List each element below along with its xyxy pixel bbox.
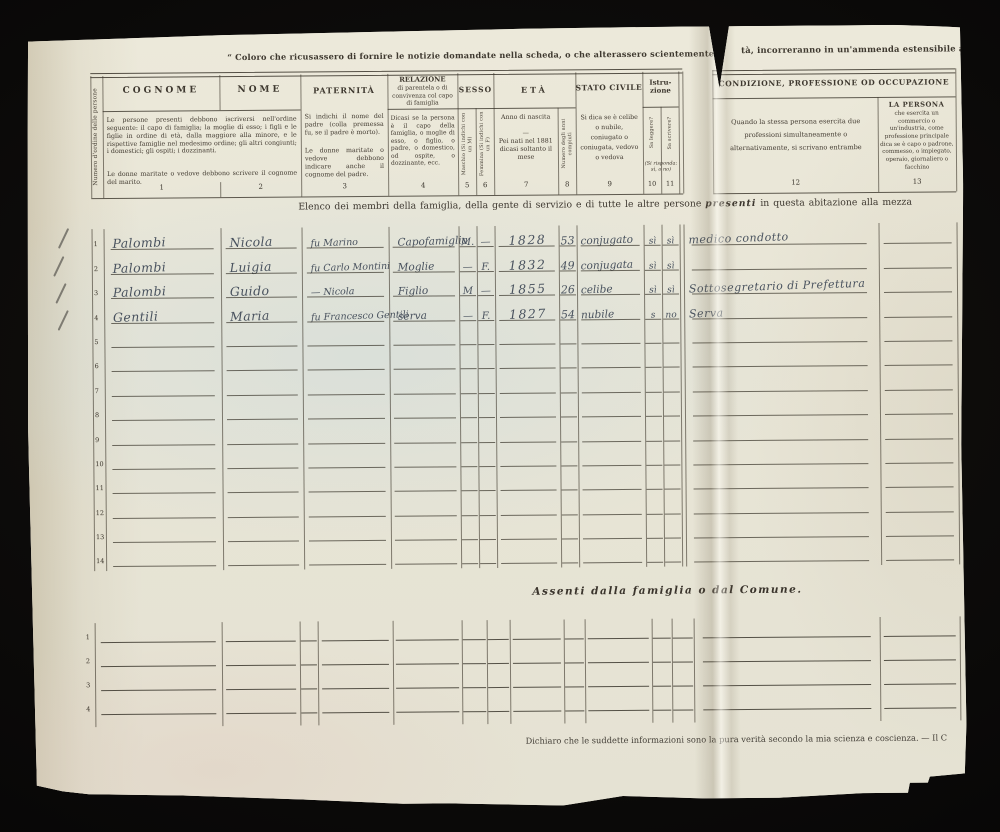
assenti-table: 1 2 [95,616,961,727]
assenti-row-number: 2 [86,657,90,665]
cell-relazione [390,470,460,495]
relazione-value: Moglie [397,260,434,273]
cell-anno-nascita: 1827 [495,299,559,324]
istruzione-note: (Si risponda: sì, o no) [643,161,679,174]
cell-cognome: Palombi [104,228,221,253]
anno-nascita-label: Anno di nascita [496,114,556,122]
sesso-f-value: F. [477,310,495,322]
sesso-f-value [478,443,496,444]
cell-persona [880,393,958,418]
assenti-cell [880,664,960,689]
cell-cognome: Palombi [104,277,221,302]
cell-relazione [391,543,461,568]
assenti-cell [300,669,318,693]
nome-value: Nicola [229,234,273,250]
assenti-cell [318,645,393,670]
cognome-value: Palombi [113,283,167,300]
eta-header: ETÀ [493,84,575,95]
sesso-m-value [460,370,478,371]
cell-sesso-f [478,446,496,471]
cell-anni-compiuti: 49 [559,250,577,275]
col-number-13: 13 [878,177,956,186]
assenti-cell [585,667,652,692]
sesso-f-value [477,346,495,347]
cell-stato-civile [578,444,645,469]
anno-value: 1828 [508,232,546,248]
pencil-tick [58,228,69,249]
cell-sa-scrivere: no [662,298,680,323]
cell-sa-leggere [646,517,664,542]
rule [955,68,957,191]
cell-sa-scrivere [663,420,681,445]
cell-relazione: Capofamiglia [389,226,459,251]
pencil-tick [53,256,64,277]
cell-sa-scrivere [662,322,680,347]
census-form-sheet: “ Coloro che ricusassero di fornire le n… [23,24,969,809]
paternita-note-1: Si indichi il nome del padre (colla prem… [305,113,384,137]
cell-paternita [302,324,389,349]
cell-nome [223,496,304,521]
cell-anni-compiuti [560,396,578,421]
assenti-cell [95,694,222,719]
relazione-value: serva [398,309,427,322]
assenti-cell [652,691,672,715]
cell-persona [881,515,959,540]
anni-value [561,540,579,541]
sesso-m-value [460,443,478,444]
assenti-cell [510,667,564,691]
cell-persona [880,369,958,394]
legge-value [646,564,664,565]
cell-paternita [304,495,391,520]
cell-sesso-m [460,421,478,446]
stato-value: conjugata [580,258,633,272]
cell-nome [221,349,302,374]
assenti-cell [222,622,300,647]
cell-sesso-m [459,324,477,349]
assenti-cell [652,619,672,643]
row-number: 14 [96,558,104,566]
assenti-cell [300,645,318,669]
cell-anno-nascita [495,347,559,372]
cell-sa-scrivere [663,371,681,396]
cell-sa-leggere: sì [644,273,662,298]
assenti-cell [672,690,694,714]
scrive-value [663,417,681,418]
cell-nome [222,374,303,399]
stato-civile-header: STATO CIVILE [575,83,642,93]
cell-sesso-m [460,397,478,422]
cell-anni-compiuti [559,347,577,372]
col-number-4: 4 [388,181,458,190]
assenti-cell [652,643,672,667]
cell-sa-leggere: sì [643,225,661,250]
cell-persona [880,442,958,467]
cell-persona [881,539,959,564]
assenti-cell [462,644,487,668]
sesso-f-value: — [476,237,494,249]
sa-leggere-cell: Sa leggere? [643,109,661,157]
paternita-value: fu Carlo Montini [311,261,391,275]
sesso-f-value [479,516,497,517]
nome-value: Maria [230,307,270,323]
cell-nome [223,545,304,570]
cell-sesso-f [478,397,496,422]
cell-sa-leggere [645,371,663,396]
cognome-value: Gentili [113,308,159,324]
sesso-m-value [461,541,479,542]
cell-numero: 5 [92,327,104,351]
anni-value [561,564,579,565]
sesso-m-value [461,516,479,517]
legge-value: sì [644,285,662,296]
cell-sesso-m [460,372,478,397]
sesso-m-value [459,346,477,347]
cell-paternita: fu Marino [302,227,389,252]
legge-value: sì [643,237,661,248]
cell-cognome [106,521,223,546]
cell-paternita [303,373,390,398]
sesso-maschio-cell: Maschio (Si indichi con un M) [458,110,477,178]
sesso-f-value [479,541,497,542]
cell-numero: 14 [94,546,106,570]
sesso-f-value [479,492,497,493]
cell-nome: Luigia [221,252,302,277]
row-number: 4 [94,314,98,322]
scan-background: “ Coloro che ricusassero di fornire le n… [0,0,1000,832]
cell-persona [879,320,957,345]
assenti-cell [462,620,487,644]
cell-persona [878,222,956,247]
assenti-cell [510,691,564,715]
cell-paternita [303,446,390,471]
stato-civile-note: Si dica se è celibe o nubile, coniugato … [580,113,639,164]
anni-value [560,418,578,419]
istruzione-header: Istru- zione [642,79,678,96]
assenti-cell [510,643,564,667]
legge-value [644,344,662,345]
cell-anno-nascita [496,421,560,446]
legge-value [646,491,664,492]
sesso-femmina-cell: Femmina (Si indichi con un F) [476,110,495,178]
assenti-cell [462,692,487,716]
penalty-notice-right: tà, incorreranno in un'ammenda estensibi… [741,43,979,55]
cell-sesso-f [479,543,497,568]
assenti-cell [880,640,960,665]
cell-numero: 12 [94,497,106,521]
sesso-m-value: — [459,261,477,273]
scrive-value: sì [662,261,680,272]
cell-sesso-f [478,421,496,446]
assenti-cell [487,668,510,692]
istruzione-title-2: zione [650,86,671,95]
sesso-m-value [461,565,479,566]
cell-nome [222,423,303,448]
assenti-cell [585,691,652,716]
cell-sa-scrivere [664,542,682,567]
anni-value [560,394,578,395]
col-number-10: 10 [643,180,661,188]
sesso-f-value [478,370,496,371]
anni-value: 54 [559,307,577,321]
anni-value [560,369,578,370]
stato-value: nubile [581,308,615,321]
sesso-femmina-label: Femmina (Si indichi con un F) [478,110,491,178]
cell-sesso-m: — [459,251,477,276]
cell-anni-compiuti [560,445,578,470]
cell-anno-nascita: 1855 [495,274,559,299]
sesso-f-value: F. [477,261,495,273]
cell-cognome [105,472,222,497]
cell-sesso-m [461,543,479,568]
cell-sa-scrivere: sì [662,273,680,298]
cell-relazione: serva [389,299,459,324]
scrive-value [664,490,682,491]
cell-nome [222,398,303,423]
cell-anno-nascita [497,543,561,568]
cell-relazione [389,324,459,349]
cell-sesso-m [459,348,477,373]
cell-sa-leggere [646,542,664,567]
col-number-1: 1 [103,183,220,192]
cell-relazione: Moglie [389,251,459,276]
cell-anni-compiuti: 53 [558,225,576,250]
cell-nome [222,447,303,472]
assenti-cell [318,693,393,718]
legge-value [646,539,664,540]
anni-compiuti-cell: Numero degli anni compiuti [558,109,577,177]
cell-relazione [391,519,461,544]
paternita-value: fu Marino [310,237,358,250]
cognome-value: Palombi [112,235,166,252]
cell-paternita [303,422,390,447]
anno-value: 1827 [509,305,547,321]
cell-anni-compiuti [560,420,578,445]
cell-nome: Nicola [221,228,302,253]
cell-cognome [105,448,222,473]
cell-sa-scrivere [663,444,681,469]
assenti-cell [487,644,510,668]
cell-sa-scrivere [664,493,682,518]
cell-paternita [302,349,389,374]
cell-sa-leggere [645,395,663,420]
cell-persona [880,417,958,442]
anno-nascita-note: Pei nati nel 1881 dicasi soltanto il mes… [498,138,554,162]
assenti-cell [300,621,318,645]
sa-scrivere-label: Sa scrivere? [666,116,673,149]
sesso-m-value [460,468,478,469]
cell-sesso-f [477,348,495,373]
cell-cognome [105,399,222,424]
pencil-tick [58,310,69,331]
assenti-cell [510,619,564,643]
header-top-rule-right [712,68,955,75]
sesso-m-value [460,419,478,420]
paternita-value: — Nicola [311,286,355,298]
row-number: 12 [96,509,104,517]
anni-value: 49 [558,259,576,273]
col-number-3: 3 [301,182,388,191]
cell-sesso-f [478,372,496,397]
header-top-rule-left [90,69,682,79]
cell-persona [879,247,957,272]
nome-header: NOME [219,85,300,96]
cell-stato-civile: nubile [577,298,644,323]
cell-numero: 2 [92,253,104,277]
cell-sa-leggere [645,420,663,445]
assenti-cell [652,667,672,691]
assenti-row-number: 1 [86,633,90,641]
cell-anni-compiuti [560,372,578,397]
sa-scrivere-cell: Sa scrivere? [661,109,679,157]
assenti-cell [393,620,462,645]
numero-ordine-column: Numero d'ordine delle persone [90,76,103,198]
cell-numero: 11 [93,473,105,497]
scrive-value: sì [661,237,679,248]
family-members-table: 1 Palombi Nicola fu Marino Capofamiglia … [92,222,960,571]
cell-persona [879,271,957,296]
col-number-6: 6 [476,181,494,189]
assenti-cell [487,620,510,644]
cell-relazione [390,373,460,398]
sesso-m-value: M [459,286,477,298]
col-number-12: 12 [713,178,878,187]
col-number-9: 9 [576,180,643,189]
cell-cognome [105,374,222,399]
pencil-tick [55,283,66,304]
cell-numero: 3 [92,278,104,302]
relazione-value: Figlio [398,285,429,298]
sesso-f-value [478,419,496,420]
paternita-note-2: Le donne maritate o vedove debbono indic… [305,147,384,179]
sesso-f-value [478,467,496,468]
relazione-subtitle: di parentela o di convivenza col capo di… [389,84,455,107]
paternita-header: PATERNITÀ [300,85,387,96]
sesso-m-value: M. [458,237,476,249]
scrive-value [663,393,681,394]
nome-value: Guido [230,283,270,299]
assenti-cell [672,666,694,690]
cell-numero: 7 [93,375,105,399]
paper-fold-crease [689,26,741,804]
scrive-value [664,539,682,540]
table-header: Numero d'ordine delle persone COGNOME NO… [90,66,956,200]
cell-cognome [106,545,223,570]
cell-sa-leggere [645,469,663,494]
legge-value: sì [644,261,662,272]
cell-cognome: Gentili [104,301,221,326]
elenco-post: in questa abitazione alla mezza [760,197,912,209]
anno-value: 1855 [509,281,547,297]
cell-sesso-f: — [477,275,495,300]
cell-paternita [304,544,391,569]
row-number: 13 [96,533,104,541]
cell-sa-scrivere: sì [662,249,680,274]
sesso-f-value [478,394,496,395]
cell-numero: 4 [92,302,104,326]
cell-stato-civile: conjugata [577,249,644,274]
cognome-header: COGNOME [102,85,219,96]
cell-anno-nascita [497,518,561,543]
cell-sa-scrivere [664,517,682,542]
row-number: 3 [94,289,98,297]
assenti-cell [95,670,222,695]
cell-nome: Maria [221,301,302,326]
penalty-notice-left: “ Coloro che ricusassero di fornire le n… [227,48,714,62]
rule [682,72,684,194]
cell-sesso-f [477,324,495,349]
assenti-cell [487,692,510,716]
scrive-value [663,442,681,443]
cell-stato-civile [578,371,645,396]
assenti-cell [564,619,585,643]
cell-anni-compiuti: 26 [559,274,577,299]
cell-paternita: fu Francesco Gentili [302,300,389,325]
row-number: 6 [95,362,99,370]
cell-nome: Guido [221,276,302,301]
condizione-header: CONDIZIONE, PROFESSIONE OD OCCUPAZIONE [712,77,955,88]
cell-sa-leggere [646,493,664,518]
cell-stato-civile [577,322,644,347]
anni-value: 53 [558,234,576,248]
assenti-cell [95,622,222,647]
cell-anni-compiuti [560,469,578,494]
header-bottom-rule-right [713,191,956,194]
cell-cognome: Palombi [104,253,221,278]
cell-sesso-f: F. [477,250,495,275]
cognome-value: Palombi [112,259,166,276]
row-number: 1 [94,241,98,249]
scrive-value: no [662,310,680,321]
anno-value: 1832 [508,256,546,272]
cell-sesso-m [460,470,478,495]
scrive-value: sì [662,285,680,296]
cell-sesso-f [478,470,496,495]
row-number: 7 [95,387,99,395]
legge-value [645,442,663,443]
cell-nome [222,471,303,496]
cell-numero: 6 [92,351,104,375]
cell-paternita [304,520,391,545]
cell-stato-civile [578,469,645,494]
col-number-7: 7 [494,181,558,190]
legge-value [646,515,664,516]
sesso-maschio-label: Maschio (Si indichi con un M) [460,110,473,178]
sesso-f-value [479,565,497,566]
cell-stato-civile [579,542,646,567]
sa-leggere-label: Sa leggere? [648,117,655,149]
col-number-5: 5 [458,181,476,189]
cell-numero: 13 [94,522,106,546]
scrive-value [663,368,681,369]
cell-nome [221,325,302,350]
assenti-cell [393,692,462,717]
anni-value [561,516,579,517]
legge-value [645,417,663,418]
assenti-cell [564,667,585,691]
cell-sa-leggere [645,444,663,469]
legge-value [645,466,663,467]
cell-sesso-m: M [459,275,477,300]
cell-stato-civile: celibe [577,274,644,299]
cell-sa-scrivere [662,347,680,372]
cell-stato-civile [578,420,645,445]
legge-value [645,393,663,394]
cell-stato-civile [578,396,645,421]
row-number: 8 [95,411,99,419]
relazione-note: Dicasi se la persona è il capo della fam… [391,114,455,167]
stato-value: conjugato [580,234,633,248]
